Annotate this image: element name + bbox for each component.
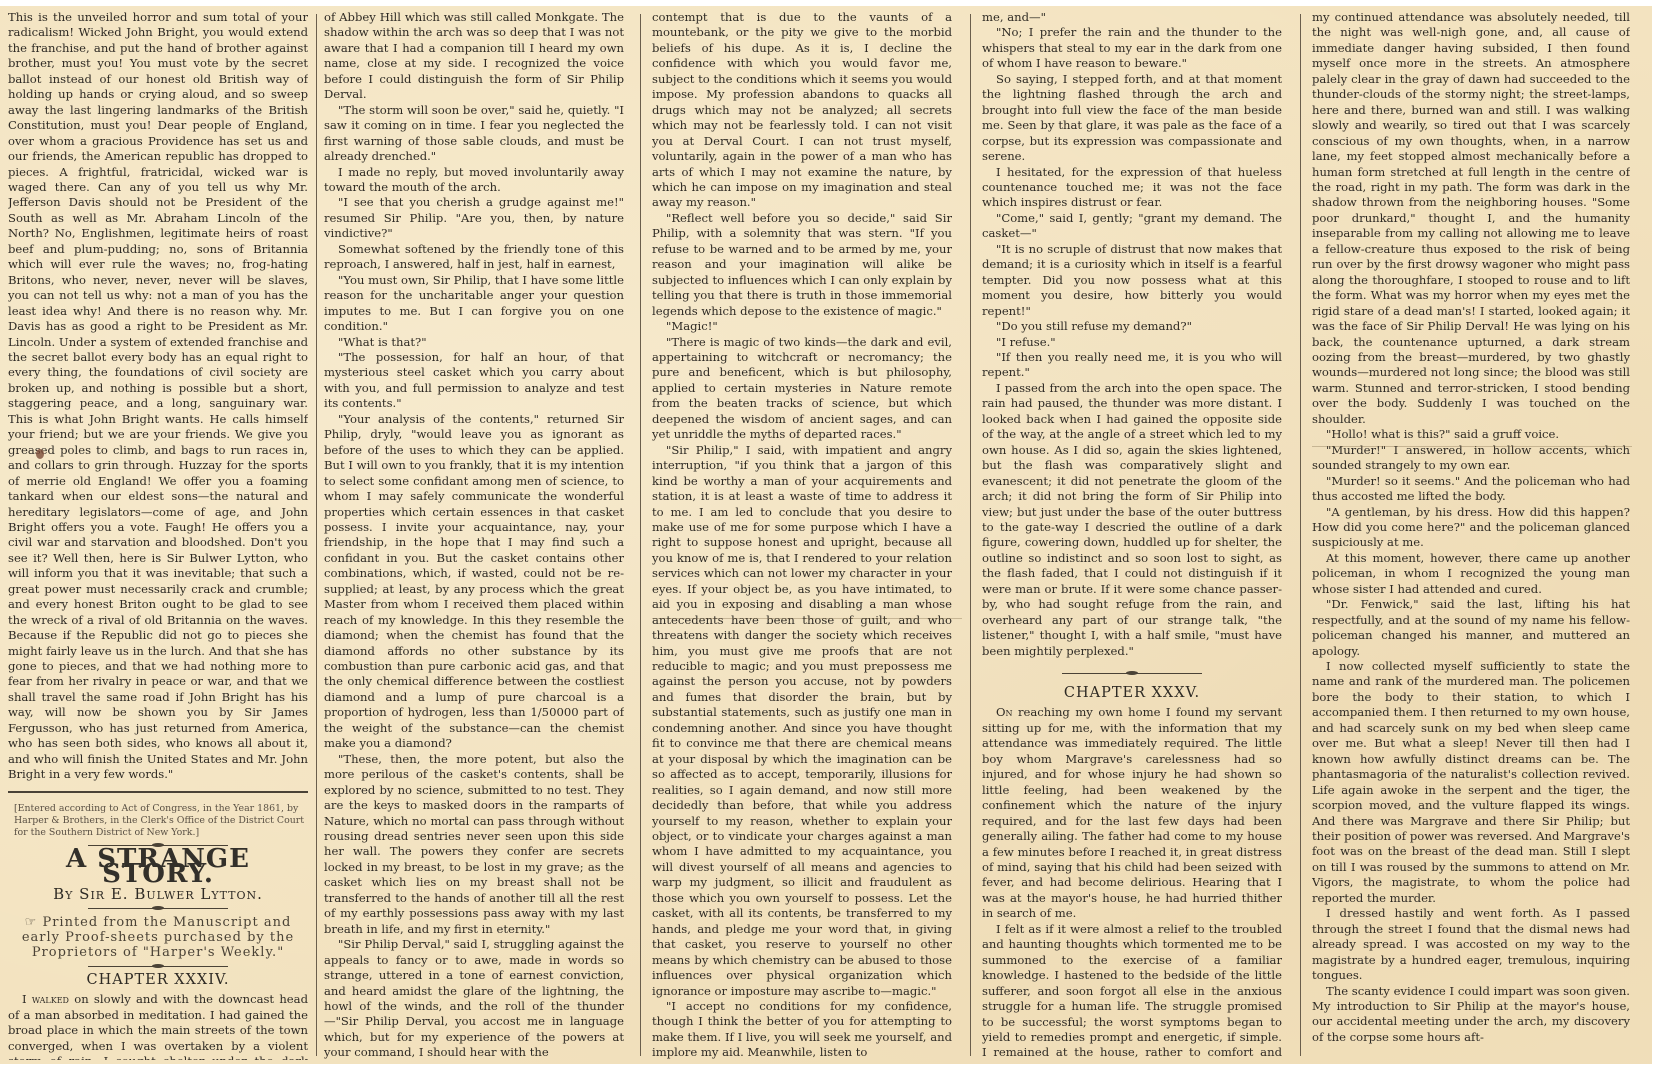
section-divider xyxy=(8,791,308,793)
publication-notice: ☞ Printed from the Manuscript and early … xyxy=(8,915,308,960)
ornament-divider xyxy=(1062,673,1202,674)
newspaper-clipping: This is the unveiled horror and sum tota… xyxy=(0,6,1652,1064)
story-paragraph: "I see that you cherish a grudge against… xyxy=(324,195,624,241)
story-paragraph: At this moment, however, there came up a… xyxy=(1312,551,1630,597)
story-paragraph: I felt as if it were almost a relief to … xyxy=(982,922,1282,1060)
story-paragraph: "Your analysis of the contents," returne… xyxy=(324,412,624,752)
chapter-heading: CHAPTER XXXV. xyxy=(982,686,1282,701)
column-rule xyxy=(640,14,641,1056)
story-paragraph: "It is no scruple of distrust that now m… xyxy=(982,242,1282,319)
column-rule xyxy=(316,14,317,1056)
story-title: A STRANGE STORY. xyxy=(8,852,308,883)
chapter-opening-paragraph: On reaching my own home I found my serva… xyxy=(982,705,1282,921)
column-5: my continued attendance was absolutely n… xyxy=(1312,10,1630,1060)
story-paragraph: me, and—" xyxy=(982,10,1282,25)
drop-small-caps: On xyxy=(996,705,1013,719)
story-paragraph: "Sir Philip," I said, with impatient and… xyxy=(652,443,952,999)
story-paragraph: Somewhat softened by the friendly tone o… xyxy=(324,242,624,273)
story-paragraph: I made no reply, but moved involuntarily… xyxy=(324,165,624,196)
chapter-opening-paragraph: I walked on slowly and with the downcast… xyxy=(8,992,308,1060)
ink-stain xyxy=(36,449,44,459)
story-paragraph: "Do you still refuse my demand?" xyxy=(982,319,1282,334)
story-paragraph: "Sir Philip Derval," said I, struggling … xyxy=(324,937,624,1060)
ornament-divider xyxy=(88,966,228,967)
story-paragraph: "Reflect well before you so decide," sai… xyxy=(652,211,952,319)
story-paragraph: "Dr. Fenwick," said the last, lifting hi… xyxy=(1312,597,1630,659)
story-paragraph: I dressed hastily and went forth. As I p… xyxy=(1312,906,1630,983)
story-paragraph: "Murder! so it seems." And the policeman… xyxy=(1312,474,1630,505)
story-paragraph: "Magic!" xyxy=(652,319,952,334)
story-paragraph: "Come," said I, gently; "grant my demand… xyxy=(982,211,1282,242)
story-paragraph: "Murder!" I answered, in hollow accents,… xyxy=(1312,443,1630,474)
story-paragraph: "The possession, for half an hour, of th… xyxy=(324,350,624,412)
copyright-notice: [Entered according to Act of Congress, i… xyxy=(8,803,308,839)
paste-seam xyxy=(652,618,962,619)
column-4: me, and—" "No; I prefer the rain and the… xyxy=(982,10,1282,1060)
story-paragraph: "What is that?" xyxy=(324,335,624,350)
column-1: This is the unveiled horror and sum tota… xyxy=(8,10,308,1060)
chapter-heading: CHAPTER XXXIV. xyxy=(8,973,308,988)
story-byline: By Sir E. Bulwer Lytton. xyxy=(8,887,308,902)
paragraph-text: reaching my own home I found my servant … xyxy=(982,705,1282,920)
paste-seam xyxy=(1312,446,1632,447)
story-paragraph: So saying, I stepped forth, and at that … xyxy=(982,72,1282,165)
column-rule xyxy=(1300,14,1301,1056)
story-paragraph: "You must own, Sir Philip, that I have s… xyxy=(324,273,624,335)
story-paragraph: "I accept no conditions for my confidenc… xyxy=(652,999,952,1060)
story-paragraph: I passed from the arch into the open spa… xyxy=(982,381,1282,659)
story-paragraph: "Hollo! what is this?" said a gruff voic… xyxy=(1312,427,1630,442)
story-paragraph: contempt that is due to the vaunts of a … xyxy=(652,10,952,211)
story-paragraph: "If then you really need me, it is you w… xyxy=(982,350,1282,381)
editorial-paragraph: This is the unveiled horror and sum tota… xyxy=(8,10,308,783)
drop-small-caps: I walked xyxy=(22,992,69,1006)
story-paragraph: my continued attendance was absolutely n… xyxy=(1312,10,1630,427)
story-paragraph: "A gentleman, by his dress. How did this… xyxy=(1312,505,1630,551)
column-rule xyxy=(970,14,971,1056)
ornament-divider xyxy=(88,908,228,909)
story-paragraph: "There is magic of two kinds—the dark an… xyxy=(652,335,952,443)
story-paragraph: "I refuse." xyxy=(982,335,1282,350)
story-paragraph: "These, then, the more potent, but also … xyxy=(324,752,624,937)
story-paragraph: "The storm will soon be over," said he, … xyxy=(324,103,624,165)
column-3: contempt that is due to the vaunts of a … xyxy=(652,10,952,1060)
ornament-divider xyxy=(88,845,228,846)
column-2: of Abbey Hill which was still called Mon… xyxy=(324,10,624,1060)
story-paragraph: I now collected myself sufficiently to s… xyxy=(1312,659,1630,906)
story-paragraph: I hesitated, for the expression of that … xyxy=(982,165,1282,211)
story-paragraph: of Abbey Hill which was still called Mon… xyxy=(324,10,624,103)
story-paragraph: "No; I prefer the rain and the thunder t… xyxy=(982,25,1282,71)
story-paragraph: The scanty evidence I could impart was s… xyxy=(1312,984,1630,1046)
